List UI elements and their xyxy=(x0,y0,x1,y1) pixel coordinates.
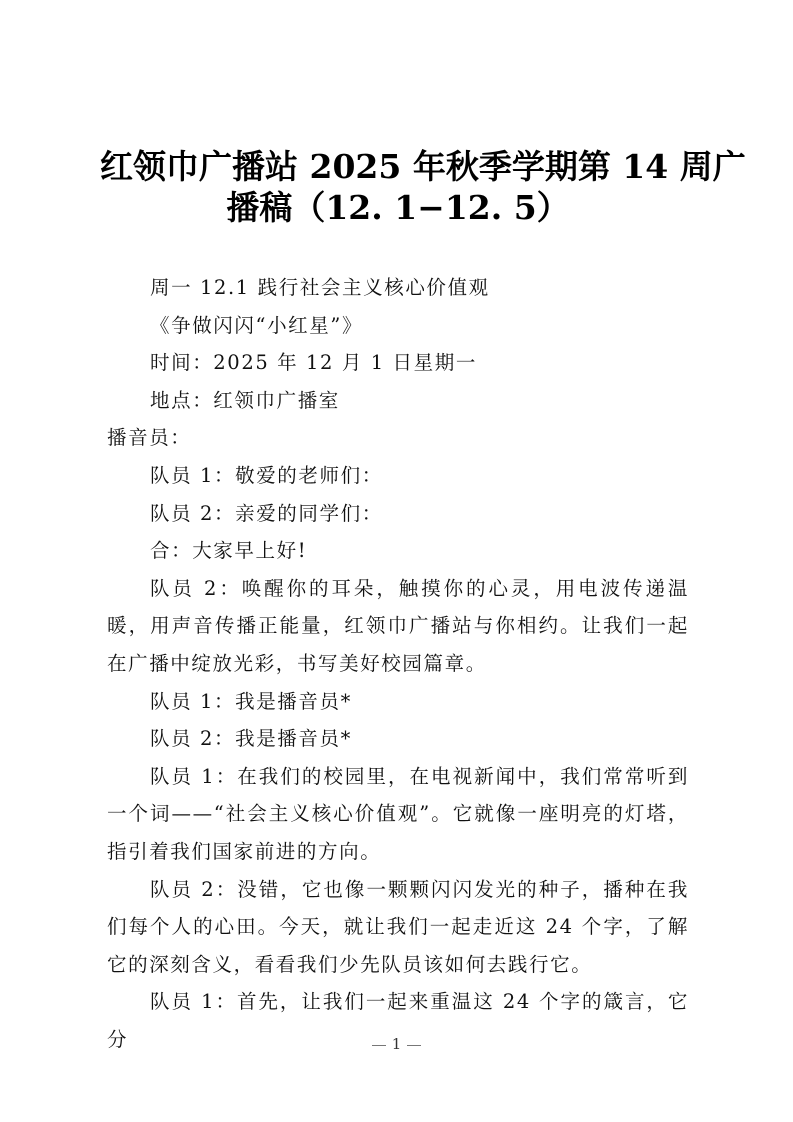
page-number-footer: 1 xyxy=(0,1035,793,1053)
document-title: 红领巾广播站 2025 年秋季学期第 14 周广 播稿（12. 1−12. 5） xyxy=(100,146,696,228)
paragraph-program-title: 《争做闪闪“小红星”》 xyxy=(107,307,689,345)
page-number: 1 xyxy=(392,1035,402,1053)
document-page: 红领巾广播站 2025 年秋季学期第 14 周广 播稿（12. 1−12. 5）… xyxy=(0,0,793,1122)
paragraph-dialogue: 合：大家早上好! xyxy=(107,532,689,570)
document-body: 周一 12.1 践行社会主义核心价值观 《争做闪闪“小红星”》 时间：2025 … xyxy=(107,269,689,1058)
paragraph-time: 时间：2025 年 12 月 1 日星期一 xyxy=(107,344,689,382)
paragraph-location: 地点：红领巾广播室 xyxy=(107,382,689,420)
paragraph-day-topic: 周一 12.1 践行社会主义核心价值观 xyxy=(107,269,689,307)
title-line-2: 播稿（12. 1−12. 5） xyxy=(100,187,696,228)
dash-right xyxy=(407,1045,421,1046)
paragraph-dialogue: 队员 2：没错，它也像一颗颗闪闪发光的种子，播种在我们每个人的心田。今天，就让我… xyxy=(107,871,689,984)
paragraph-dialogue: 队员 2：亲爱的同学们： xyxy=(107,495,689,533)
paragraph-dialogue: 队员 2：唤醒你的耳朵，触摸你的心灵，用电波传递温暖，用声音传播正能量，红领巾广… xyxy=(107,570,689,683)
paragraph-dialogue: 队员 1：敬爱的老师们： xyxy=(107,457,689,495)
dash-left xyxy=(372,1045,386,1046)
title-line-1: 红领巾广播站 2025 年秋季学期第 14 周广 xyxy=(100,146,696,187)
paragraph-announcers-label: 播音员： xyxy=(107,419,689,457)
paragraph-dialogue: 队员 1：在我们的校园里，在电视新闻中，我们常常听到一个词——“社会主义核心价值… xyxy=(107,758,689,871)
paragraph-dialogue: 队员 2：我是播音员* xyxy=(107,720,689,758)
paragraph-dialogue: 队员 1：我是播音员* xyxy=(107,683,689,721)
